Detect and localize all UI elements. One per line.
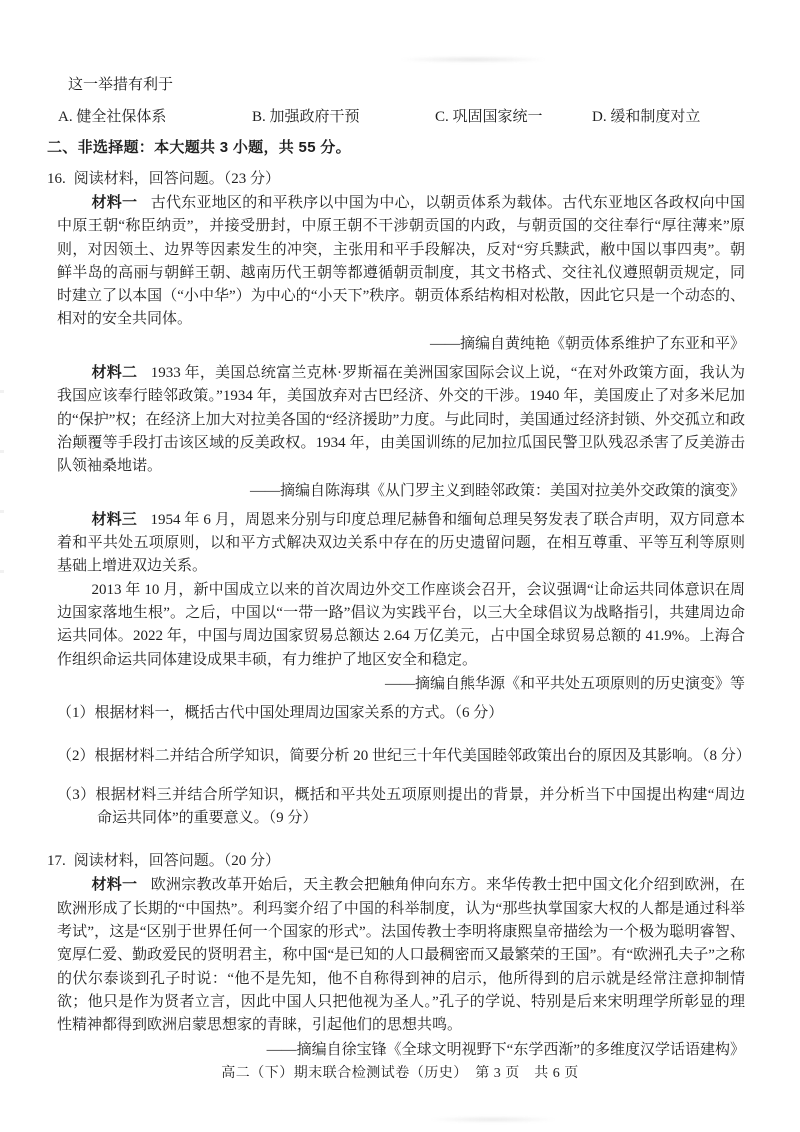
page-content: 这一举措有利于 A. 健全社保体系 B. 加强政府干预 C. 巩固国家统一 D.… [57, 74, 745, 1068]
page-footer: 高二（下）期末联合检测试卷（历史） 第 3 页 共 6 页 [0, 1062, 800, 1082]
q15-option-a: A. 健全社保体系 [58, 105, 166, 126]
q16-heading-text: 阅读材料，回答问题。（23 分） [74, 171, 280, 187]
scan-artifact-bottom [428, 1116, 558, 1123]
q16-heading: 16.阅读材料，回答问题。（23 分） [47, 168, 745, 190]
section2-header: 二、非选择题：本大题共 3 小题，共 55 分。 [47, 137, 745, 159]
q16-material3-paragraph2: 2013 年 10 月，新中国成立以来的首次周边外交工作座谈会召开，会议强调“让… [57, 579, 745, 672]
q16-material2-paragraph: 材料二1933 年，美国总统富兰克林·罗斯福在美洲国家国际会议上说，“在对外政策… [57, 362, 745, 478]
q15-stem: 这一举措有利于 [57, 74, 745, 96]
q16-subquestion-3: （3）根据材料三并结合所学知识，概括和平共处五项原则提出的背景，并分析当下中国提… [57, 784, 745, 831]
q15-option-b: B. 加强政府干预 [252, 105, 360, 126]
q17-material1-source: ——摘编自徐宝锋《全球文明视野下“东学西渐”的多维度汉学话语建构》 [57, 1039, 745, 1062]
q16-material2-text: 1933 年，美国总统富兰克林·罗斯福在美洲国家国际会议上说，“在对外政策方面，… [57, 365, 745, 474]
q16-material2-label: 材料二 [92, 365, 138, 381]
q17-number: 17. [47, 853, 66, 869]
q17-material1-label: 材料一 [92, 877, 138, 893]
q15-option-c: C. 巩固国家统一 [435, 105, 543, 126]
q16-material1-source: ——摘编自黄纯艳《朝贡体系维护了东亚和平》 [57, 333, 745, 356]
q16-material3-text1: 1954 年 6 月，周恩来分别与印度总理尼赫鲁和缅甸总理吴努发表了联合声明，双… [57, 512, 745, 575]
q16-material1-label: 材料一 [92, 195, 138, 211]
q16-subquestion-1: （1）根据材料一，概括古代中国处理周边国家关系的方式。（6 分） [57, 702, 745, 725]
scan-artifact-left-edge [0, 390, 4, 590]
q16-material3-source: ——摘编自熊华源《和平共处五项原则的历史演变》等 [57, 673, 745, 696]
q16-material3-paragraph1: 材料三1954 年 6 月，周恩来分别与印度总理尼赫鲁和缅甸总理吴努发表了联合声… [57, 509, 745, 579]
q17-heading-text: 阅读材料，回答问题。（20 分） [74, 853, 280, 869]
q16-material3-label: 材料三 [92, 512, 137, 528]
q16-material1-paragraph: 材料一古代东亚地区的和平秩序以中国为中心，以朝贡体系为载体。古代东亚地区各政权向… [57, 192, 745, 332]
q17-heading: 17.阅读材料，回答问题。（20 分） [47, 850, 745, 872]
q15-options-row: A. 健全社保体系 B. 加强政府干预 C. 巩固国家统一 D. 缓和制度对立 [57, 105, 745, 127]
q15-option-d: D. 缓和制度对立 [592, 105, 700, 126]
exam-paper-page: 这一举措有利于 A. 健全社保体系 B. 加强政府干预 C. 巩固国家统一 D.… [0, 0, 800, 1132]
q16-material1-text: 古代东亚地区的和平秩序以中国为中心，以朝贡体系为载体。古代东亚地区各政权向中国中… [57, 195, 745, 327]
q17-material1-paragraph: 材料一欧洲宗教改革开始后，天主教会把触角伸向东方。来华传教士把中国文化介绍到欧洲… [57, 874, 745, 1037]
q16-number: 16. [47, 171, 66, 187]
q16-material2-source: ——摘编自陈海琪《从门罗主义到睦邻政策：美国对拉美外交政策的演变》 [57, 480, 745, 503]
q17-material1-text: 欧洲宗教改革开始后，天主教会把触角伸向东方。来华传教士把中国文化介绍到欧洲，在欧… [57, 877, 745, 1033]
q16-subquestion-2: （2）根据材料二并结合所学知识，简要分析 20 世纪三十年代美国睦邻政策出台的原… [57, 745, 745, 768]
scan-artifact-top [398, 56, 548, 63]
